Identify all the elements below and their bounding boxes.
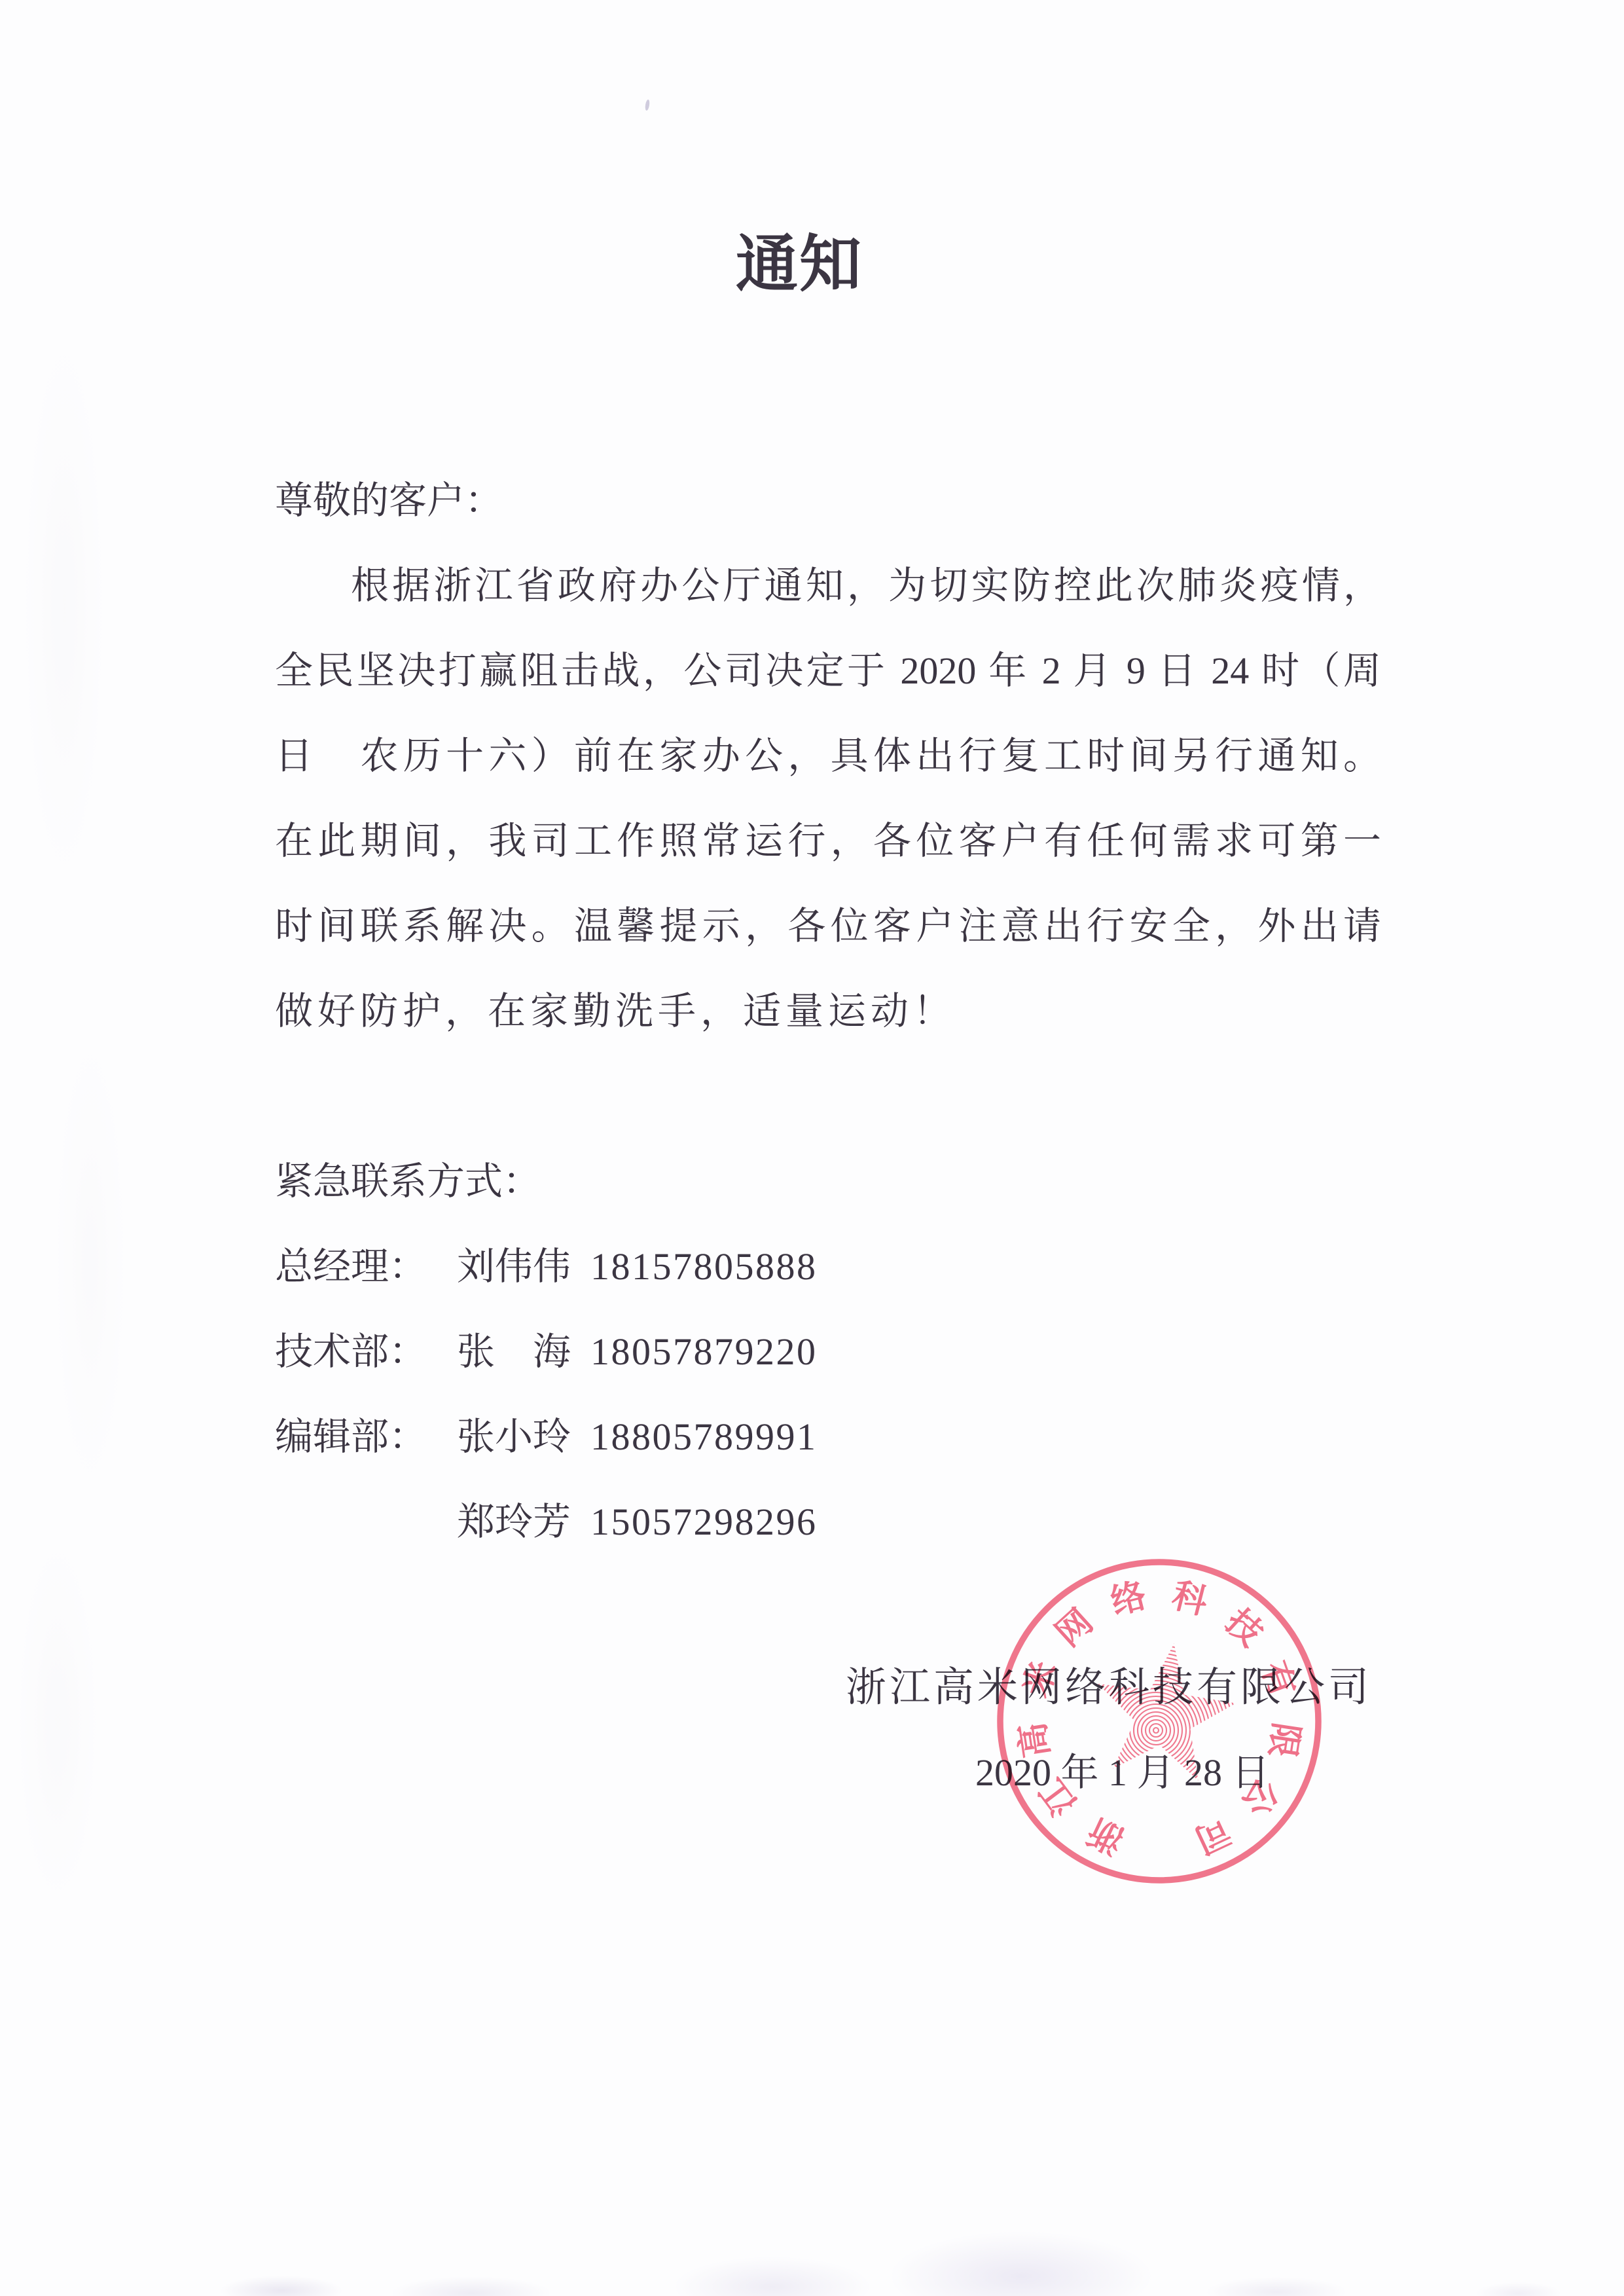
signature-date: 2020 年 1 月 28 日 bbox=[975, 1730, 1270, 1815]
seal-arc-char: 科 bbox=[1168, 1576, 1212, 1622]
notice-body-paragraph: 根据浙江省政府办公厅通知，为切实防控此次肺炎疫情， 全民坚决打赢阻击战，公司决定… bbox=[275, 543, 1381, 1054]
seal-arc-char: 络 bbox=[1107, 1576, 1150, 1622]
salutation: 尊敬的客户： bbox=[275, 458, 1381, 543]
contact-row: 技术部：张 海18057879220 bbox=[275, 1309, 1381, 1394]
scan-smudge-bottom bbox=[0, 2231, 1624, 2296]
contact-name: 郑玲芳 bbox=[457, 1501, 571, 1543]
body-line: 根据浙江省政府办公厅通知，为切实防控此次肺炎疫情， bbox=[275, 543, 1381, 629]
contact-label: 总经理： bbox=[275, 1224, 427, 1309]
contact-phone: 18157805888 bbox=[590, 1245, 818, 1288]
contact-phone: 15057298296 bbox=[590, 1501, 818, 1543]
contact-label: 技术部： bbox=[275, 1309, 427, 1394]
contact-name: 刘伟伟 bbox=[457, 1245, 571, 1288]
signature-company: 浙江高米网络科技有限公司 bbox=[846, 1645, 1372, 1730]
scan-speck bbox=[645, 100, 651, 111]
contact-name: 张 海 bbox=[457, 1330, 571, 1373]
scan-smudge-left bbox=[18, 282, 143, 1918]
seal-arc-char: 司 bbox=[1189, 1811, 1236, 1860]
contact-phone: 18057879220 bbox=[590, 1330, 818, 1373]
contacts-heading: 紧急联系方式： bbox=[275, 1139, 1381, 1224]
contact-row: 编辑部：张小玲18805789991 bbox=[275, 1394, 1381, 1480]
seal-arc-char: 浙 bbox=[1082, 1811, 1130, 1861]
body-line: 时间联系解决。温馨提示，各位客户注意出行安全，外出请 bbox=[275, 884, 1381, 969]
contact-phone: 18805789991 bbox=[590, 1415, 818, 1458]
notice-document-page: 通知 尊敬的客户： 根据浙江省政府办公厅通知，为切实防控此次肺炎疫情， 全民坚决… bbox=[0, 0, 1624, 2296]
notice-title: 通知 bbox=[736, 228, 863, 301]
contact-label: 编辑部： bbox=[275, 1394, 427, 1480]
contact-row: 郑玲芳15057298296 bbox=[275, 1480, 1381, 1565]
emergency-contacts: 紧急联系方式： 总经理：刘伟伟18157805888 技术部：张 海180578… bbox=[275, 1139, 1381, 1565]
contact-row: 总经理：刘伟伟18157805888 bbox=[275, 1224, 1381, 1309]
body-line: 日 农历十六）前在家办公，具体出行复工时间另行通知。 bbox=[275, 714, 1381, 799]
contact-name: 张小玲 bbox=[457, 1415, 571, 1458]
body-line: 在此期间，我司工作照常运行，各位客户有任何需求可第一 bbox=[275, 799, 1381, 884]
body-line: 做好防护，在家勤洗手，适量运动！ bbox=[275, 969, 1381, 1054]
body-line: 全民坚决打赢阻击战，公司决定于 2020 年 2 月 9 日 24 时（周 bbox=[275, 629, 1381, 714]
